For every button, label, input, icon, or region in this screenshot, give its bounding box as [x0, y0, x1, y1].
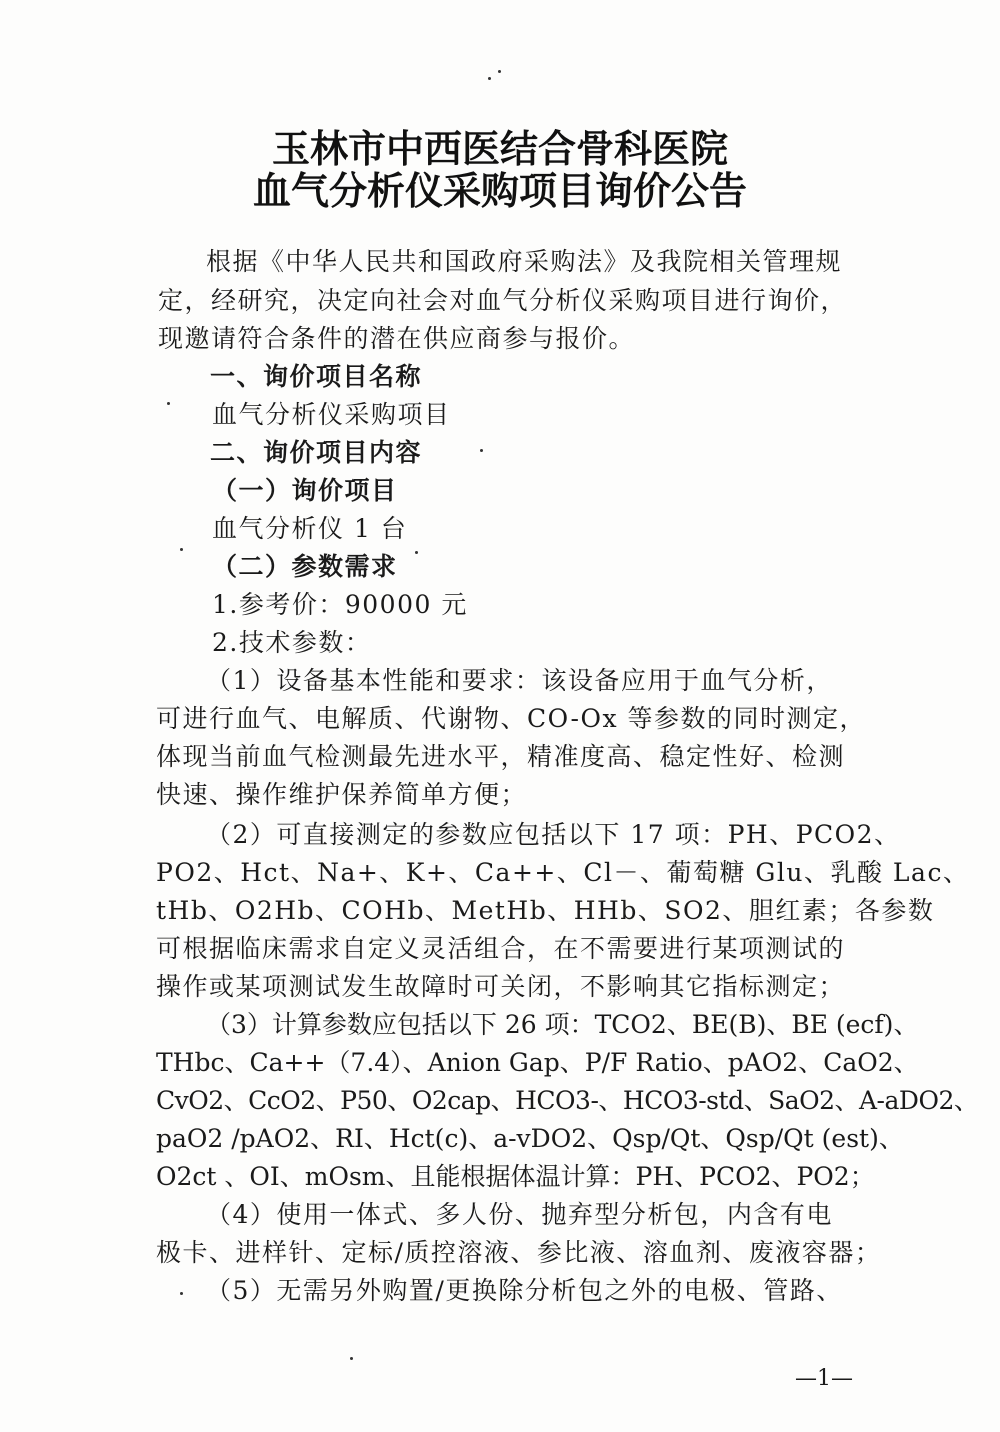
item1-line-2: 可进行血气、电解质、代谢物、CO-Ox 等参数的同时测定， — [156, 704, 866, 734]
scan-speck — [415, 551, 418, 554]
item2-line-4: 可根据临床需求自定义灵活组合，在不需要进行某项测试的 — [156, 934, 845, 964]
item4-line-2: 极卡、进样针、定标/质控溶液、参比液、溶血剂、废液容器； — [156, 1238, 881, 1268]
page-number: —1— — [795, 1366, 853, 1391]
section1-body: 血气分析仪采购项目 — [212, 400, 451, 430]
intro-line-2: 定，经研究，决定向社会对血气分析仪采购项目进行询价， — [158, 286, 847, 316]
intro-line-3: 现邀请符合条件的潜在供应商参与报价。 — [158, 324, 635, 354]
section2-heading: 二、询价项目内容 — [210, 438, 422, 468]
item2-line-5: 操作或某项测试发生故障时可关闭，不影响其它指标测定； — [156, 972, 845, 1002]
scan-speck — [498, 70, 501, 73]
tech-params-heading: 2.技术参数： — [212, 628, 371, 658]
item3-line-2: THbc、Ca++（7.4）、Anion Gap、P/F Ratio、pAO2、… — [156, 1048, 919, 1078]
subsection2-heading: （二）参数需求 — [212, 552, 398, 582]
item1-line-1: （1）设备基本性能和要求：该设备应用于血气分析， — [206, 666, 833, 696]
scan-speck — [167, 402, 170, 405]
item2-line-2: PO2、Hct、Na+、K+、Ca++、Cl－、葡萄糖 Glu、乳酸 Lac、 — [156, 858, 969, 888]
item3-line-1: （3）计算参数应包括以下 26 项：TCO2、BE(B)、BE (ecf)、 — [206, 1010, 918, 1040]
intro-line-1: 根据《中华人民共和国政府采购法》及我院相关管理规 — [206, 247, 842, 277]
item2-line-1: （2）可直接测定的参数应包括以下 17 项：PH、PCO2、 — [206, 820, 901, 850]
scan-speck — [180, 1292, 183, 1295]
document-title-line2: 血气分析仪采购项目询价公告 — [0, 160, 1000, 215]
item2-line-3: tHb、O2Hb、COHb、MetHb、HHb、SO2、胆红素；各参数 — [156, 896, 934, 926]
item5-line-1: （5）无需另外购置/更换除分析包之外的电极、管路、 — [206, 1276, 843, 1306]
item4-line-1: （4）使用一体式、多人份、抛弃型分析包，内含有电 — [206, 1200, 833, 1230]
document-page: 玉林市中西医结合骨科医院 血气分析仪采购项目询价公告 根据《中华人民共和国政府采… — [0, 0, 1000, 1432]
item1-line-4: 快速、操作维护保养简单方便； — [156, 780, 527, 810]
item3-line-3: CvO2、CcO2、P50、O2cap、HCO3-、HCO3-std、SaO2、… — [156, 1086, 978, 1116]
item3-line-4: paO2 /pAO2、RI、Hct(c)、a-vDO2、Qsp/Qt、Qsp/Q… — [156, 1124, 904, 1154]
scan-speck — [480, 449, 483, 452]
scan-speck — [180, 548, 183, 551]
item1-line-3: 体现当前血气检测最先进水平，精准度高、稳定性好、检测 — [156, 742, 845, 772]
section1-heading: 一、询价项目名称 — [210, 362, 422, 392]
subsection1-heading: （一）询价项目 — [212, 476, 398, 506]
scan-speck — [488, 77, 491, 80]
item3-line-5: O2ct 、OI、mOsm、且能根据体温计算：PH、PCO2、PO2； — [156, 1162, 875, 1192]
subsection1-body: 血气分析仪 1 台 — [212, 514, 407, 544]
scan-speck — [350, 1357, 353, 1360]
reference-price: 1.参考价：90000 元 — [212, 590, 468, 620]
